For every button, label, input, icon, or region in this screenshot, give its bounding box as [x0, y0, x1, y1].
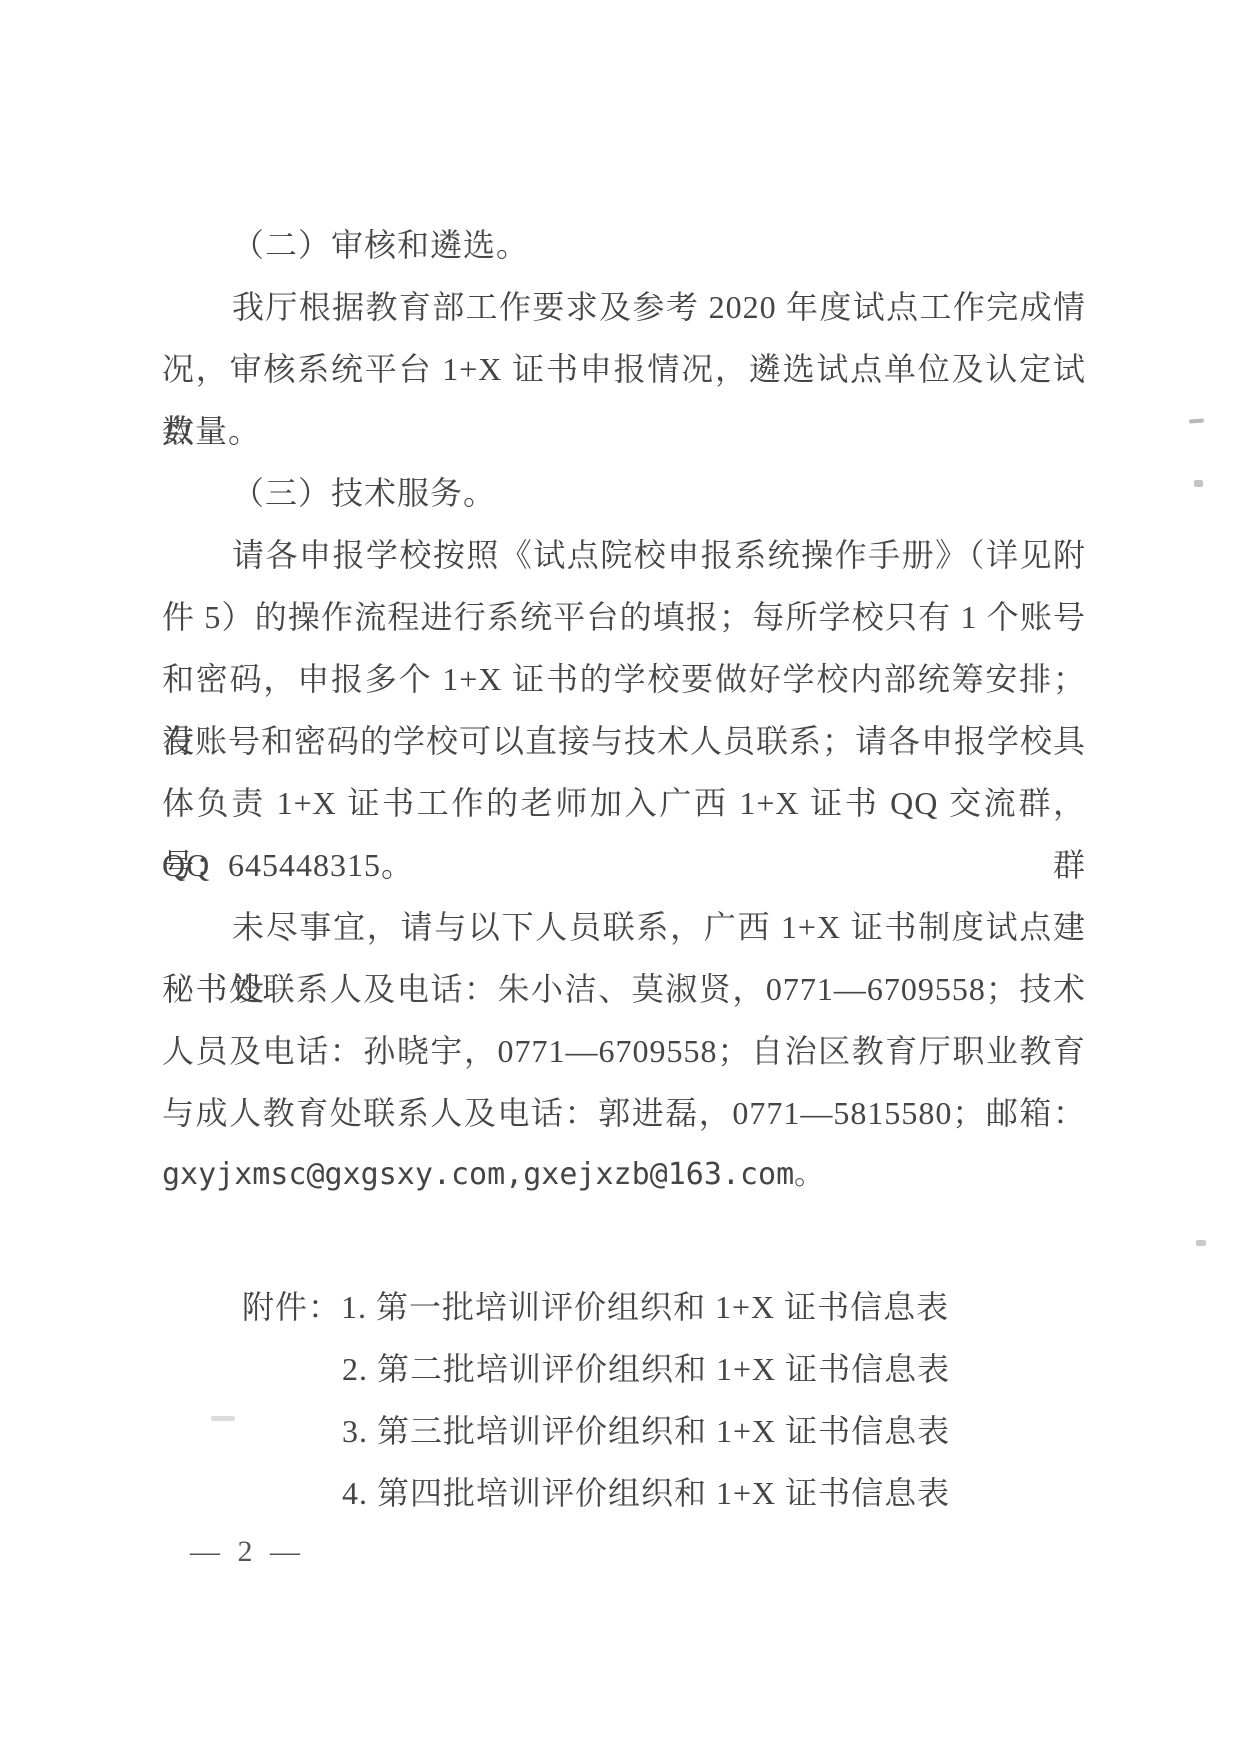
body-line: 有账号和密码的学校可以直接与技术人员联系；请各申报学校具 — [162, 710, 1086, 772]
attachment-list: 附件：1. 第一批培训评价组织和 1+X 证书信息表 2. 第二批培训评价组织和… — [162, 1276, 1086, 1524]
body-line: 和密码，申报多个 1+X 证书的学校要做好学校内部统筹安排；没 — [162, 648, 1086, 710]
page-number: — 2 — — [190, 1532, 305, 1572]
body-line: 人员及电话：孙晓宇，0771—6709558；自治区教育厅职业教育 — [162, 1020, 1086, 1082]
body-line: 体负责 1+X 证书工作的老师加入广西 1+X 证书 QQ 交流群，QQ 群 — [162, 772, 1086, 834]
body-line: 与成人教育处联系人及电话：郭进磊，0771—5815580；邮箱： — [162, 1082, 1086, 1144]
body-line: 请各申报学校按照《试点院校申报系统操作手册》（详见附 — [162, 524, 1086, 586]
attachment-item: 3. 第三批培训评价组织和 1+X 证书信息表 — [162, 1400, 1086, 1462]
scan-artifact — [1196, 1240, 1206, 1246]
email-line: gxyjxmsc@gxgsxy.com,gxejxzb@163.com。 — [162, 1144, 1086, 1206]
body-line: 我厅根据教育部工作要求及参考 2020 年度试点工作完成情 — [162, 276, 1086, 338]
scan-artifact — [1189, 418, 1204, 423]
body-line: 数量。 — [162, 400, 1086, 462]
body-line: 件 5）的操作流程进行系统平台的填报；每所学校只有 1 个账号 — [162, 586, 1086, 648]
heading-section-3: （三）技术服务。 — [162, 462, 1086, 524]
attachment-item: 4. 第四批培训评价组织和 1+X 证书信息表 — [162, 1462, 1086, 1524]
document-body: （二）审核和遴选。 我厅根据教育部工作要求及参考 2020 年度试点工作完成情 … — [162, 214, 1086, 1206]
body-line: 未尽事宜，请与以下人员联系，广西 1+X 证书制度试点建设 — [162, 896, 1086, 958]
body-line: 秘书处联系人及电话：朱小洁、莫淑贤，0771—6709558；技术 — [162, 958, 1086, 1020]
attachment-label-line: 附件：1. 第一批培训评价组织和 1+X 证书信息表 — [162, 1276, 1086, 1338]
scan-artifact — [1194, 480, 1203, 487]
heading-section-2: （二）审核和遴选。 — [162, 214, 1086, 276]
attachment-item: 2. 第二批培训评价组织和 1+X 证书信息表 — [162, 1338, 1086, 1400]
scan-artifact — [211, 1416, 235, 1421]
document-page: （二）审核和遴选。 我厅根据教育部工作要求及参考 2020 年度试点工作完成情 … — [0, 0, 1240, 1753]
body-line: 况，审核系统平台 1+X 证书申报情况，遴选试点单位及认定试点 — [162, 338, 1086, 400]
